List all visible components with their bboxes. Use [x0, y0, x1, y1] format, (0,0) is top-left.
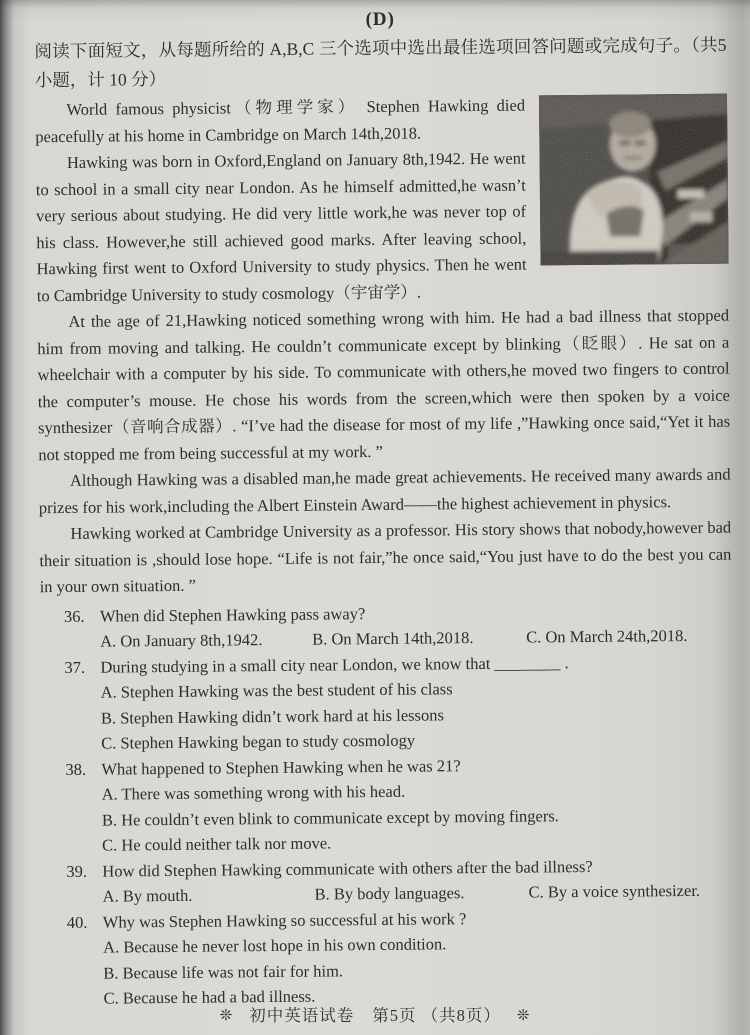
footer-page-number: 第5页 （共8页） — [372, 1006, 501, 1025]
passage-paragraph-4: Although Hawking was a disabled man,he m… — [39, 462, 731, 522]
question-39-number: 39. — [66, 858, 102, 884]
question-36: 36. When did Stephen Hawking pass away? … — [40, 597, 732, 655]
question-37-number: 37. — [64, 654, 100, 680]
question-40: 40. Why was Stephen Hawking so successfu… — [43, 903, 736, 1012]
passage-paragraph-5: Hawking worked at Cambridge University a… — [39, 515, 732, 601]
page-footer: ❊初中英语试卷第5页 （共8页）❊ — [0, 1002, 750, 1026]
footer-title: 初中英语试卷 — [249, 1006, 354, 1025]
page-content: (D) 阅读下面短文，从每题所给的 A,B,C 三个选项中选出最佳选项回答问题或… — [0, 0, 750, 1035]
question-40-number: 40. — [67, 909, 103, 935]
hawking-photo-graphic — [539, 94, 729, 266]
question-38-options: A. There was something wrong with his he… — [42, 776, 735, 859]
footer-ornament-right-icon: ❊ — [517, 1006, 531, 1024]
reading-passage: World famous physicist（物理学家） Stephen Haw… — [35, 91, 732, 601]
question-36-option-a: A. On January 8th,1942. — [100, 627, 312, 655]
question-36-option-b: B. On March 14th,2018. — [312, 625, 526, 653]
question-40-options: A. Because he never lost hope in his own… — [43, 929, 736, 1012]
question-39-option-b: B. By body languages. — [314, 880, 528, 908]
question-list: 36. When did Stephen Hawking pass away? … — [40, 597, 736, 1012]
hawking-photo — [539, 94, 729, 266]
question-37-options: A. Stephen Hawking was the best student … — [41, 674, 734, 757]
scanned-exam-page: (D) 阅读下面短文，从每题所给的 A,B,C 三个选项中选出最佳选项回答问题或… — [0, 0, 750, 1035]
question-39-option-a: A. By mouth. — [102, 882, 314, 910]
footer-ornament-left-icon: ❊ — [220, 1006, 234, 1024]
question-36-number: 36. — [64, 603, 100, 629]
passage-paragraph-3: At the age of 21,Hawking noticed somethi… — [37, 303, 730, 469]
question-38-number: 38. — [65, 756, 101, 782]
question-39: 39. How did Stephen Hawking communicate … — [42, 852, 734, 910]
question-37: 37. During studying in a small city near… — [40, 648, 733, 757]
instruction-text: 阅读下面短文，从每题所给的 A,B,C 三个选项中选出最佳选项回答问题或完成句子… — [34, 31, 727, 96]
question-36-option-c: C. On March 24th,2018. — [526, 623, 732, 650]
question-39-option-c: C. By a voice synthesizer. — [528, 878, 734, 905]
question-38: 38. What happened to Stephen Hawking whe… — [41, 750, 734, 859]
